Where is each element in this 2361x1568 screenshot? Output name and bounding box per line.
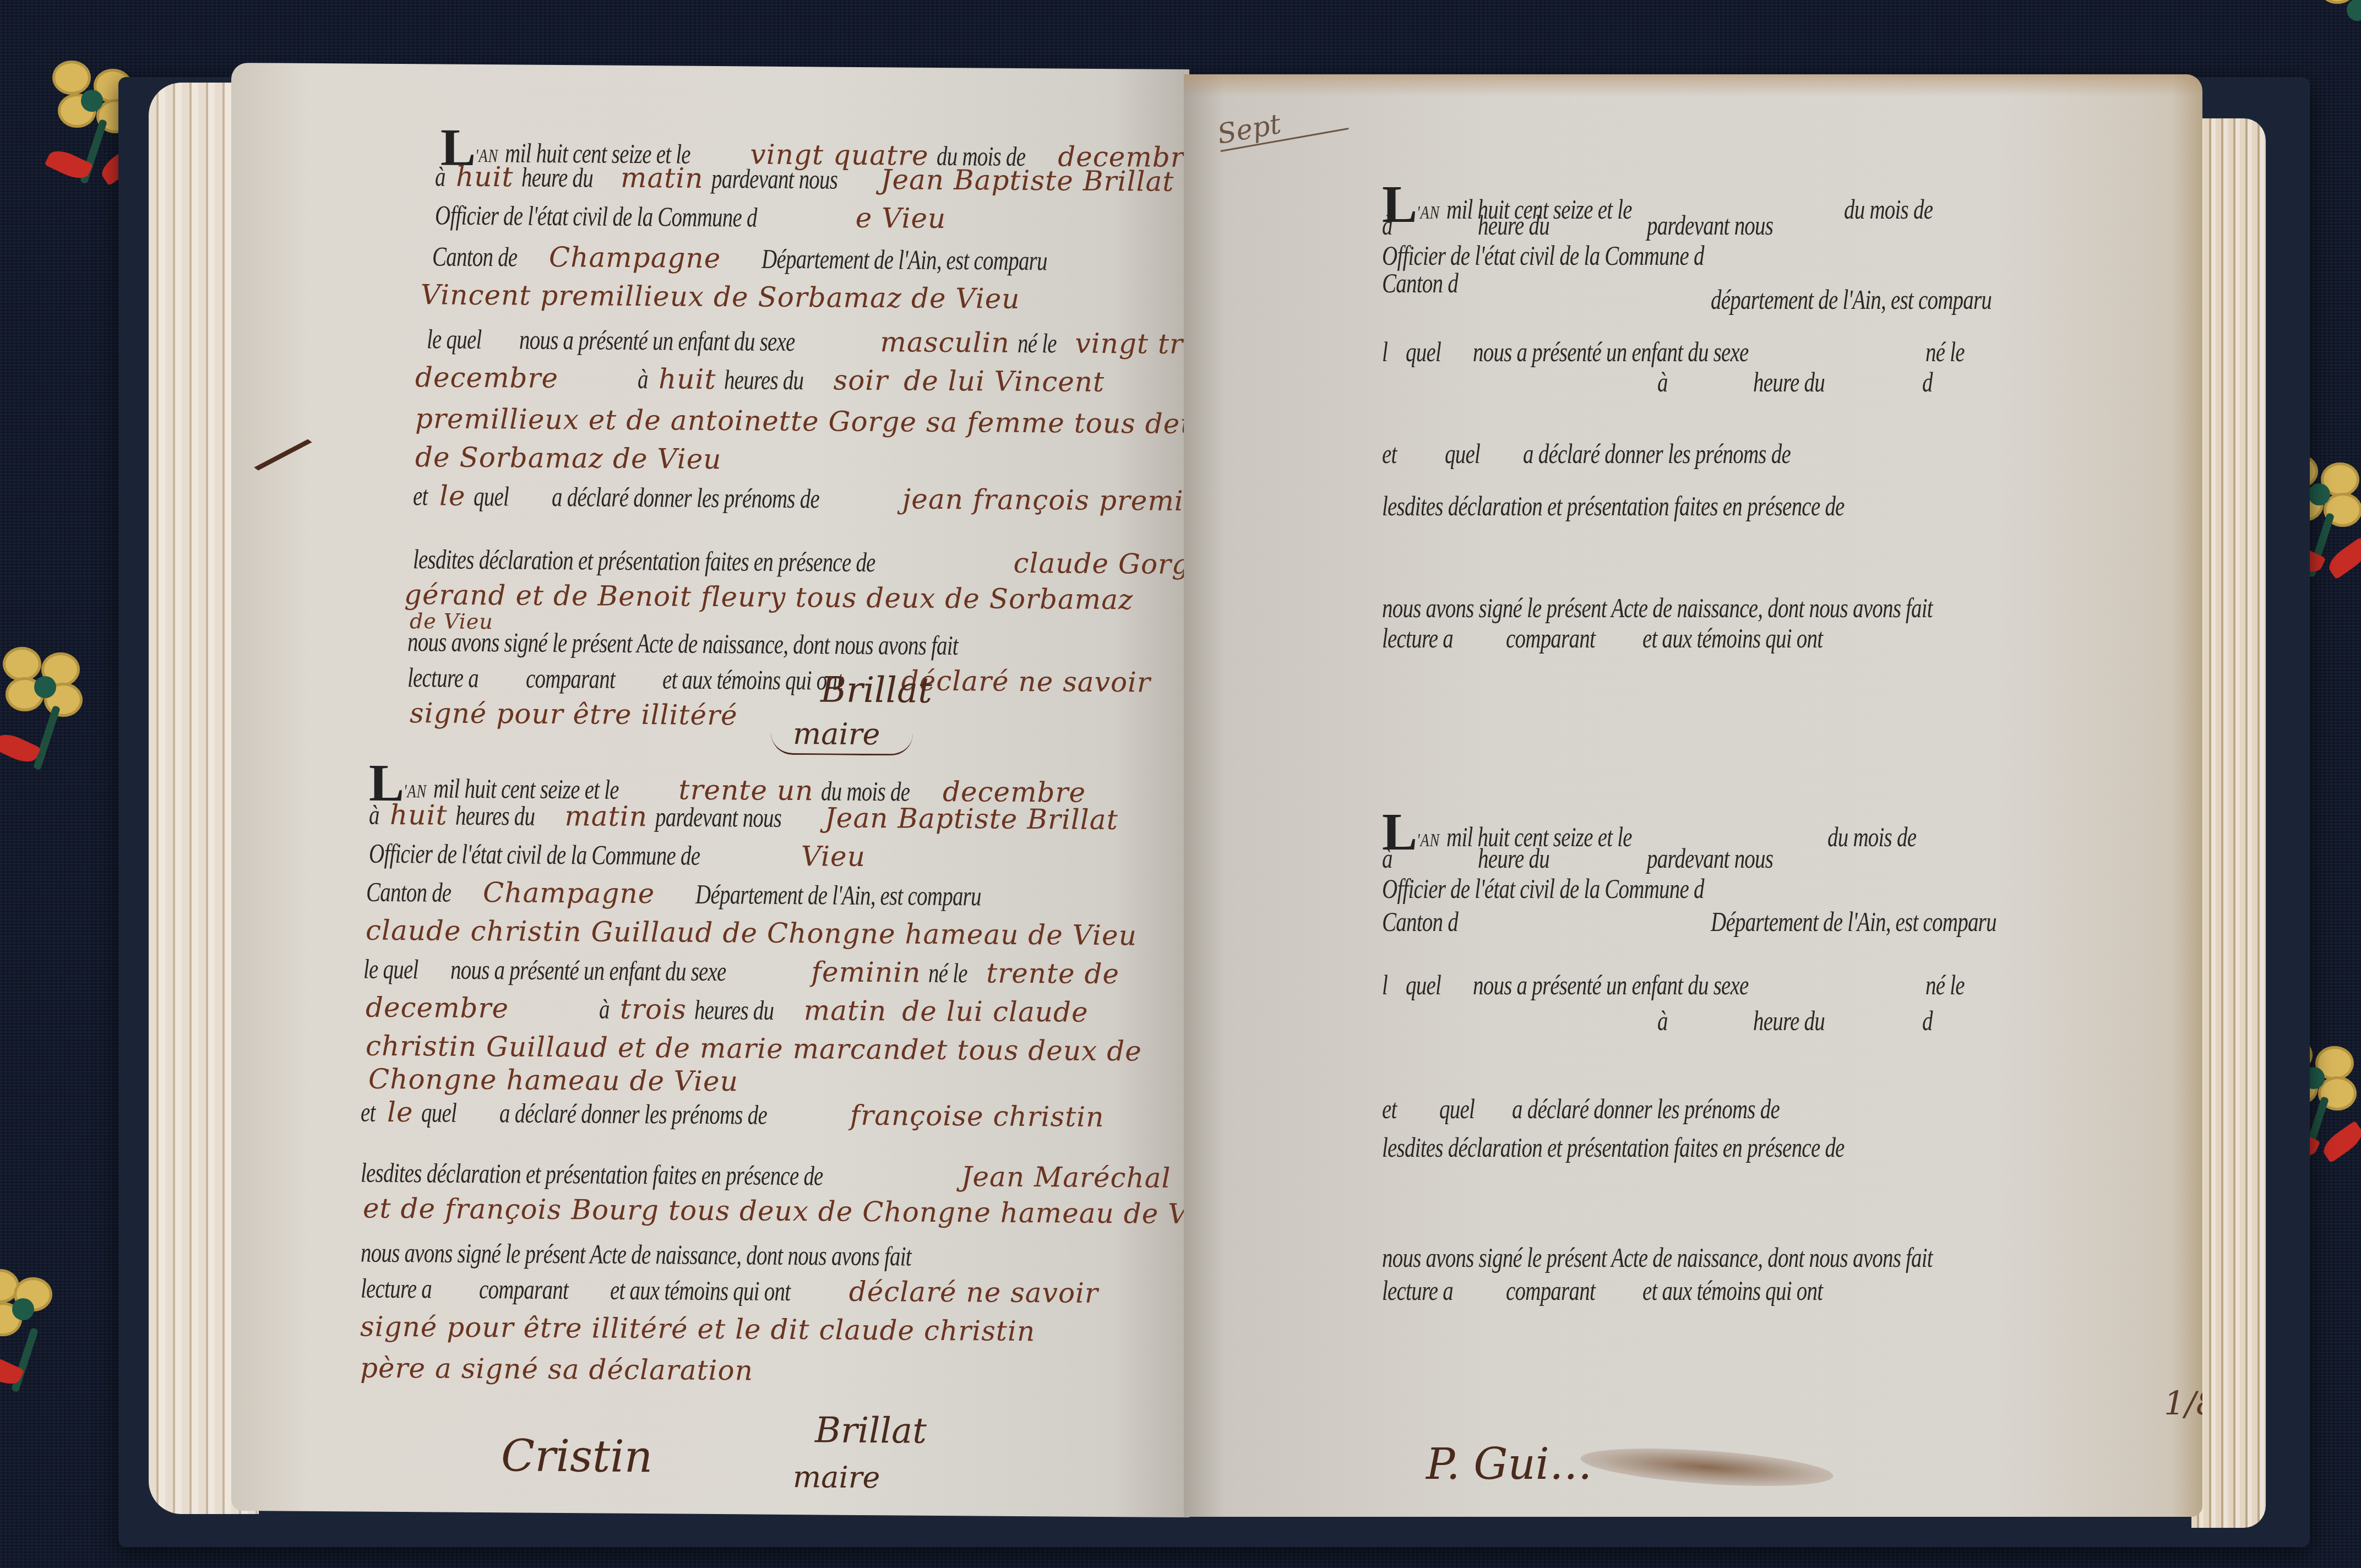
print-text: heure du — [1753, 366, 1825, 398]
blank-act2-line9: nous avons signé le présent Acte de nais… — [1382, 1242, 2088, 1273]
handwritten-birth-day: trente de — [986, 957, 1119, 990]
print-text: nous avons signé le présent Acte de nais… — [407, 625, 958, 661]
act1-line16: signé pour être illitéré — [402, 697, 746, 731]
print-text: et — [1382, 1093, 1397, 1125]
print-text: d — [1922, 366, 1933, 398]
blank-act2-line6: àheure dud — [1657, 1005, 1935, 1037]
print-text: nous avons signé le présent Acte de nais… — [1382, 592, 1933, 624]
print-text: lecture a — [1382, 1275, 1453, 1306]
signature-title: maire — [793, 1460, 880, 1495]
print-text: le quel — [427, 323, 482, 355]
act2-line6: le quelnous a présenté un enfant du sexe… — [363, 953, 1127, 990]
act1-line3: Officier de l'état civil de la Commune d… — [435, 199, 954, 235]
handwritten-illiterate-note: signé pour être illitéré — [410, 697, 738, 731]
handwritten-officer: Jean Baptiste Brillat — [825, 802, 1118, 836]
blank-act1-line6: àheure dud — [1657, 366, 1935, 398]
corner-note: Sept — [1215, 96, 1348, 152]
act2-line14: lecture acomparantet aux témoins qui ont… — [361, 1272, 1106, 1309]
print-text: heures du — [724, 363, 803, 396]
print-text: Canton de — [366, 876, 451, 908]
print-text: pardevant nous — [1647, 209, 1773, 241]
print-text: lesdites déclaration et présentation fai… — [361, 1157, 823, 1192]
print-text: lesdites déclaration et présentation fai… — [1382, 1131, 1845, 1163]
print-text: d — [1922, 1005, 1933, 1037]
print-text: Département de l'Ain, est comparu — [761, 243, 1047, 277]
act1-line10: etlequela déclaré donner les prénoms dej… — [413, 480, 1189, 518]
fabric-flower-icon — [0, 1266, 72, 1409]
act1-line5: Vincent premillieux de Sorbamaz de Vieu — [413, 279, 1028, 315]
print-text: comparant — [1506, 1275, 1595, 1306]
act2-line8: christin Guillaud et de marie marcandet … — [358, 1030, 1150, 1068]
handwritten-witness: claude Gorge — [1013, 547, 1189, 580]
print-text: a déclaré donner les prénoms de — [552, 481, 819, 514]
father-signature: Cristin — [501, 1430, 652, 1482]
print-text: quel — [421, 1096, 456, 1128]
handwritten-canton: Champagne — [549, 241, 721, 274]
handwritten-article: le — [439, 480, 466, 512]
handwritten-father: de lui Vincent — [904, 364, 1105, 398]
handwritten-birth-day: vingt trois — [1075, 328, 1189, 361]
handwritten-time-of-day: matin — [804, 994, 887, 1027]
print-text: comparant — [526, 662, 615, 695]
blank-act2-line10: lecture acomparantet aux témoins qui ont — [1382, 1275, 1874, 1306]
signature-title: maire — [793, 716, 880, 752]
print-text: nous a présenté un enfant du sexe — [1473, 336, 1749, 368]
print-text: département de l'Ain, est comparu — [1711, 284, 1992, 315]
handwritten-signature-note: père a signé sa déclaration — [360, 1352, 753, 1387]
act1-line12: gérand et de Benoit fleury tous deux de … — [396, 579, 1141, 616]
handwritten-declarant: claude christin Guillaud de Chongne hame… — [366, 914, 1137, 952]
handwritten-declaration: déclaré ne savoir — [901, 665, 1151, 698]
handwritten-illiterate-note: signé pour être illitéré et le dit claud… — [360, 1311, 1035, 1348]
act2-line16: père a signé sa déclaration — [352, 1352, 761, 1386]
print-text: Département de l'Ain, est comparu — [695, 878, 981, 912]
print-text: heure du — [1478, 842, 1549, 874]
ink-smudge — [1579, 1442, 1834, 1493]
act1-line11: lesdites déclaration et présentation fai… — [413, 543, 1189, 580]
handwritten-declaration: déclaré ne savoir — [849, 1276, 1098, 1309]
print-text: Canton d — [1382, 267, 1458, 299]
blank-act1-line2: àheure dupardevant nous — [1382, 209, 1808, 241]
page-edges-right — [2191, 118, 2266, 1528]
print-text: lecture a — [1382, 622, 1453, 654]
print-text: lesdites déclaration et présentation fai… — [1382, 490, 1845, 522]
print-text: heures du — [694, 994, 774, 1026]
print-text: né le — [1925, 336, 1965, 368]
handwritten-time-of-day: matin — [621, 162, 704, 194]
print-text: à — [599, 993, 610, 1025]
blank-act2-line8: lesdites déclaration et présentation fai… — [1382, 1131, 1974, 1163]
blank-act1-line4: Canton ddépartement de l'Ain, est compar… — [1382, 267, 2071, 299]
print-text: et — [361, 1096, 376, 1128]
handwritten-commune: e Vieu — [856, 202, 946, 235]
print-text: quel — [1445, 438, 1480, 470]
blank-act1-line8: lesdites déclaration et présentation fai… — [1382, 490, 1974, 522]
print-text: pardevant nous — [655, 801, 781, 834]
handwritten-parents: premillieux et de antoinette Gorge sa fe… — [415, 402, 1189, 440]
blank-act2-line5: lquelnous a présenté un enfant du sexené… — [1382, 969, 1976, 1001]
act2-line9: Chongne hameau de Vieu — [361, 1063, 746, 1098]
print-text: quel — [474, 480, 509, 512]
print-text: à — [638, 363, 648, 395]
signature-name: Cristin — [501, 1430, 652, 1482]
print-text: à — [1657, 366, 1668, 398]
print-text: né le — [1018, 327, 1057, 359]
mayor-title: maire — [771, 716, 913, 756]
print-text: comparant — [1506, 622, 1595, 654]
print-text: Officier de l'état civil de la Commune d — [435, 199, 757, 233]
act1-line14: nous avons signé le présent Acte de nais… — [407, 625, 1113, 662]
print-text: Canton d — [1382, 906, 1458, 938]
print-text: a déclaré donner les prénoms de — [499, 1097, 767, 1130]
print-text: et aux témoins qui ont — [610, 1274, 790, 1307]
signature-name: P. Gui… — [1426, 1440, 1592, 1489]
print-text: l — [1382, 969, 1388, 1001]
act2-line10: etlequela déclaré donner les prénoms def… — [361, 1096, 1112, 1134]
print-text: a déclaré donner les prénoms de — [1523, 438, 1791, 470]
act2-line2: àhuitheures dumatinpardevant nousJean Ba… — [369, 799, 1126, 836]
print-text: nous a présenté un enfant du sexe — [1473, 969, 1749, 1001]
act2-line7: decembreàtroisheures dumatinde lui claud… — [358, 992, 1096, 1028]
handwritten-sex: feminin — [812, 956, 921, 988]
handwritten-residence: Chongne hameau de Vieu — [368, 1063, 738, 1098]
blank-act1-line9: nous avons signé le présent Acte de nais… — [1382, 592, 2088, 624]
handwritten-time-of-day: matin — [564, 800, 648, 832]
handwritten-time-of-day: soir — [834, 364, 889, 397]
print-text: lecture a — [407, 661, 478, 694]
handwritten-parents: christin Guillaud et de marie marcandet … — [366, 1030, 1142, 1068]
fabric-flower-icon — [0, 644, 94, 787]
handwritten-sex: masculin — [880, 326, 1010, 359]
act2-line15: signé pour être illitéré et le dit claud… — [352, 1310, 1043, 1347]
mayor-signature: Brillat — [820, 669, 932, 711]
blank-act1-line10: lecture acomparantet aux témoins qui ont — [1382, 622, 1874, 654]
print-text: né le — [928, 957, 967, 989]
act1-line7: decembreàhuitheures dusoirde lui Vincent — [407, 361, 1112, 398]
handwritten-canton: Champagne — [483, 876, 655, 910]
right-page: Sept L'AN mil huit cent seize et ledu mo… — [1184, 74, 2202, 1517]
handwritten-month: decembre — [366, 992, 509, 1025]
mayor-title: maire — [793, 1460, 880, 1495]
handwritten-officer: Jean Baptiste Brillat — [880, 164, 1174, 198]
print-text: à — [435, 161, 445, 193]
print-text: et — [413, 480, 428, 511]
handwritten-witnesses: gérand et de Benoit fleury tous deux de … — [404, 579, 1133, 616]
print-text: et aux témoins qui ont — [662, 663, 842, 696]
print-text: heure du — [1753, 1005, 1825, 1037]
blank-act2-line7: etquela déclaré donner les prénoms de — [1382, 1093, 1855, 1125]
signature-name: Brillat — [815, 1410, 927, 1451]
print-text: quel — [1406, 336, 1441, 368]
print-text: nous avons signé le présent Acte de nais… — [1382, 1242, 1933, 1273]
print-text: Canton de — [432, 240, 517, 273]
print-text: et aux témoins qui ont — [1642, 1275, 1823, 1306]
act1-line8: premillieux et de antoinette Gorge sa fe… — [407, 402, 1189, 440]
print-text: nous avons signé le présent Acte de nais… — [361, 1237, 911, 1272]
print-text: pardevant nous — [1647, 842, 1773, 874]
handwritten-declarant: Vincent premillieux de Sorbamaz de Vieu — [421, 279, 1020, 315]
print-text: Officier de l'état civil de la Commune d — [1382, 873, 1704, 905]
act2-line5: claude christin Guillaud de Chongne hame… — [358, 914, 1145, 952]
handwritten-hour: huit — [456, 161, 514, 193]
print-text: à — [1382, 842, 1392, 874]
print-text: à — [369, 799, 379, 831]
handwritten-witness: Jean Maréchal — [961, 1161, 1171, 1194]
print-text: Officier de l'état civil de la Commune d… — [369, 837, 700, 872]
print-text: nous a présenté un enfant du sexe — [519, 324, 795, 357]
act1-line4: Canton deChampagneDépartement de l'Ain, … — [432, 240, 1128, 277]
print-text: à — [1382, 209, 1392, 241]
edge-note: 1/8 — [2164, 1385, 2202, 1423]
blank-act2-line3: Officier de l'état civil de la Commune d — [1382, 873, 1795, 905]
signature-name: Brillat — [820, 669, 932, 711]
print-text: heure du — [1478, 209, 1549, 241]
blank-act1-line7: etquela déclaré donner les prénoms de — [1382, 438, 1866, 470]
print-text: heures du — [455, 799, 535, 832]
act2-line3: Officier de l'état civil de la Commune d… — [369, 837, 873, 873]
print-text: né le — [1925, 969, 1965, 1001]
handwritten-hour: huit — [390, 799, 448, 831]
mayor-signature: Brillat — [815, 1410, 927, 1451]
handwritten-hour: huit — [659, 363, 716, 395]
print-text: à — [1657, 1005, 1668, 1037]
left-page: L'AN mil huit cent seize et levingt quat… — [231, 63, 1189, 1517]
handwritten-article: le — [387, 1096, 414, 1128]
handwritten-month: decembre — [415, 361, 558, 394]
handwritten-father: de lui claude — [902, 995, 1088, 1028]
handwritten-witnesses: et de françois Bourg tous deux de Chongn… — [363, 1193, 1189, 1231]
handwritten-residence: de Sorbamaz de Vieu — [415, 441, 722, 475]
print-text: et — [1382, 438, 1397, 470]
print-text: lesdites déclaration et présentation fai… — [413, 543, 875, 578]
act1-line9: de Sorbamaz de Vieu — [407, 441, 730, 475]
print-text: nous a présenté un enfant du sexe — [450, 954, 726, 987]
print-text: comparant — [479, 1273, 568, 1305]
print-text: pardevant nous — [711, 162, 837, 195]
act1-line6: le quelnous a présenté un enfant du sexe… — [427, 323, 1189, 360]
blank-act2-line4: Canton dDépartement de l'Ain, est compar… — [1382, 906, 2077, 938]
handwritten-child-name: françoise christin — [850, 1099, 1105, 1133]
print-text: quel — [1439, 1093, 1475, 1125]
act2-line4: Canton deChampagneDépartement de l'Ain, … — [366, 876, 1062, 913]
blank-act1-line5: lquelnous a présenté un enfant du sexené… — [1382, 336, 1976, 368]
print-text: du mois de — [1844, 193, 1933, 225]
print-text: a déclaré donner les prénoms de — [1512, 1093, 1780, 1125]
print-text: quel — [1406, 969, 1441, 1001]
act2-line11: lesdites déclaration et présentation fai… — [361, 1157, 1179, 1194]
print-text: l — [1382, 336, 1388, 368]
handwritten-hour: trois — [620, 993, 687, 1026]
corner-note-text: Sept — [1215, 108, 1283, 150]
print-text: et aux témoins qui ont — [1642, 622, 1823, 654]
handwritten-commune: Vieu — [801, 840, 866, 873]
act2-line13: nous avons signé le présent Acte de nais… — [361, 1237, 1067, 1273]
print-text: lecture a — [361, 1272, 432, 1305]
print-text: le quel — [363, 953, 418, 986]
act1-line2: àhuitheure dumatinpardevant nousJean Bap… — [435, 161, 1182, 198]
fabric-flower-icon — [2313, 0, 2361, 110]
blank-act2-line2: àheure dupardevant nous — [1382, 842, 1808, 874]
print-text: du mois de — [1827, 821, 1916, 853]
print-text: heure du — [521, 161, 593, 194]
smudged-signature: P. Gui… — [1426, 1440, 1592, 1489]
act2-line12: et de françois Bourg tous deux de Chongn… — [355, 1192, 1189, 1230]
act1-line15: lecture acomparantet aux témoins qui ont… — [407, 661, 1158, 699]
margin-stroke: / — [253, 416, 315, 492]
handwritten-child-name: jean françois premillieux — [902, 483, 1189, 518]
print-text: Département de l'Ain, est comparu — [1711, 906, 1996, 938]
